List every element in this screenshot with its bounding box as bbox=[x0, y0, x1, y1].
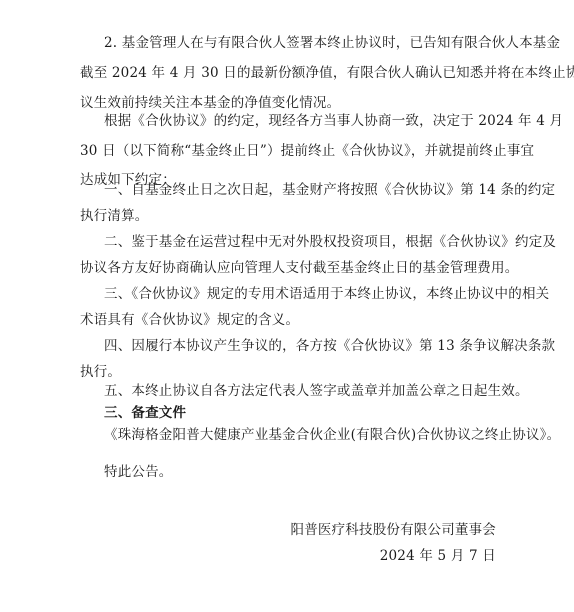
clause-line: 五、本终止协议自各方法定代表人签字或盖章并加盖公章之日起生效。 bbox=[104, 383, 529, 399]
reference-document: 《珠海格金阳普大健康产业基金合伙企业(有限合伙)合伙协议之终止协议》。 bbox=[104, 427, 560, 443]
paragraph-line: 30 日（以下简称“基金终止日”）提前终止《合伙协议》，并就提前终止事宜 bbox=[80, 143, 534, 159]
clause-line: 四、因履行本协议产生争议的，各方按《合伙协议》第 13 条争议解决条款 bbox=[104, 338, 555, 354]
signature-company: 阳普医疗科技股份有限公司董事会 bbox=[291, 522, 497, 538]
signature-date: 2024 年 5 月 7 日 bbox=[380, 548, 496, 564]
paragraph-line: 根据《合伙协议》的约定，现经各方当事人协商一致，决定于 2024 年 4 月 bbox=[104, 113, 563, 129]
clause-line: 术语具有《合伙协议》规定的含义。 bbox=[80, 312, 299, 328]
paragraph-line: 议生效前持续关注本基金的净值变化情况。 bbox=[80, 95, 340, 111]
clause-line: 三、《合伙协议》规定的专用术语适用于本终止协议，本终止协议中的相关 bbox=[104, 286, 549, 302]
clause-line: 协议各方友好协商确认应向管理人支付截至基金终止日的基金管理费用。 bbox=[80, 260, 518, 276]
clause-line: 一、自基金终止日之次日起，基金财产将按照《合伙协议》第 14 条的约定 bbox=[104, 182, 555, 198]
closing-statement: 特此公告。 bbox=[104, 464, 173, 480]
section-heading: 三、备查文件 bbox=[104, 405, 186, 421]
paragraph-line: 截至 2024 年 4 月 30 日的最新份额净值，有限合伙人确认已知悉并将在本… bbox=[80, 65, 574, 81]
document-page: 2. 基金管理人在与有限合伙人签署本终止协议时，已告知有限合伙人本基金 截至 2… bbox=[0, 0, 574, 612]
clause-line: 二、鉴于基金在运营过程中无对外股权投资项目，根据《合伙协议》约定及 bbox=[104, 234, 556, 250]
paragraph-line: 2. 基金管理人在与有限合伙人签署本终止协议时，已告知有限合伙人本基金 bbox=[104, 35, 560, 51]
clause-line: 执行清算。 bbox=[80, 208, 149, 224]
clause-line: 执行。 bbox=[80, 364, 121, 380]
